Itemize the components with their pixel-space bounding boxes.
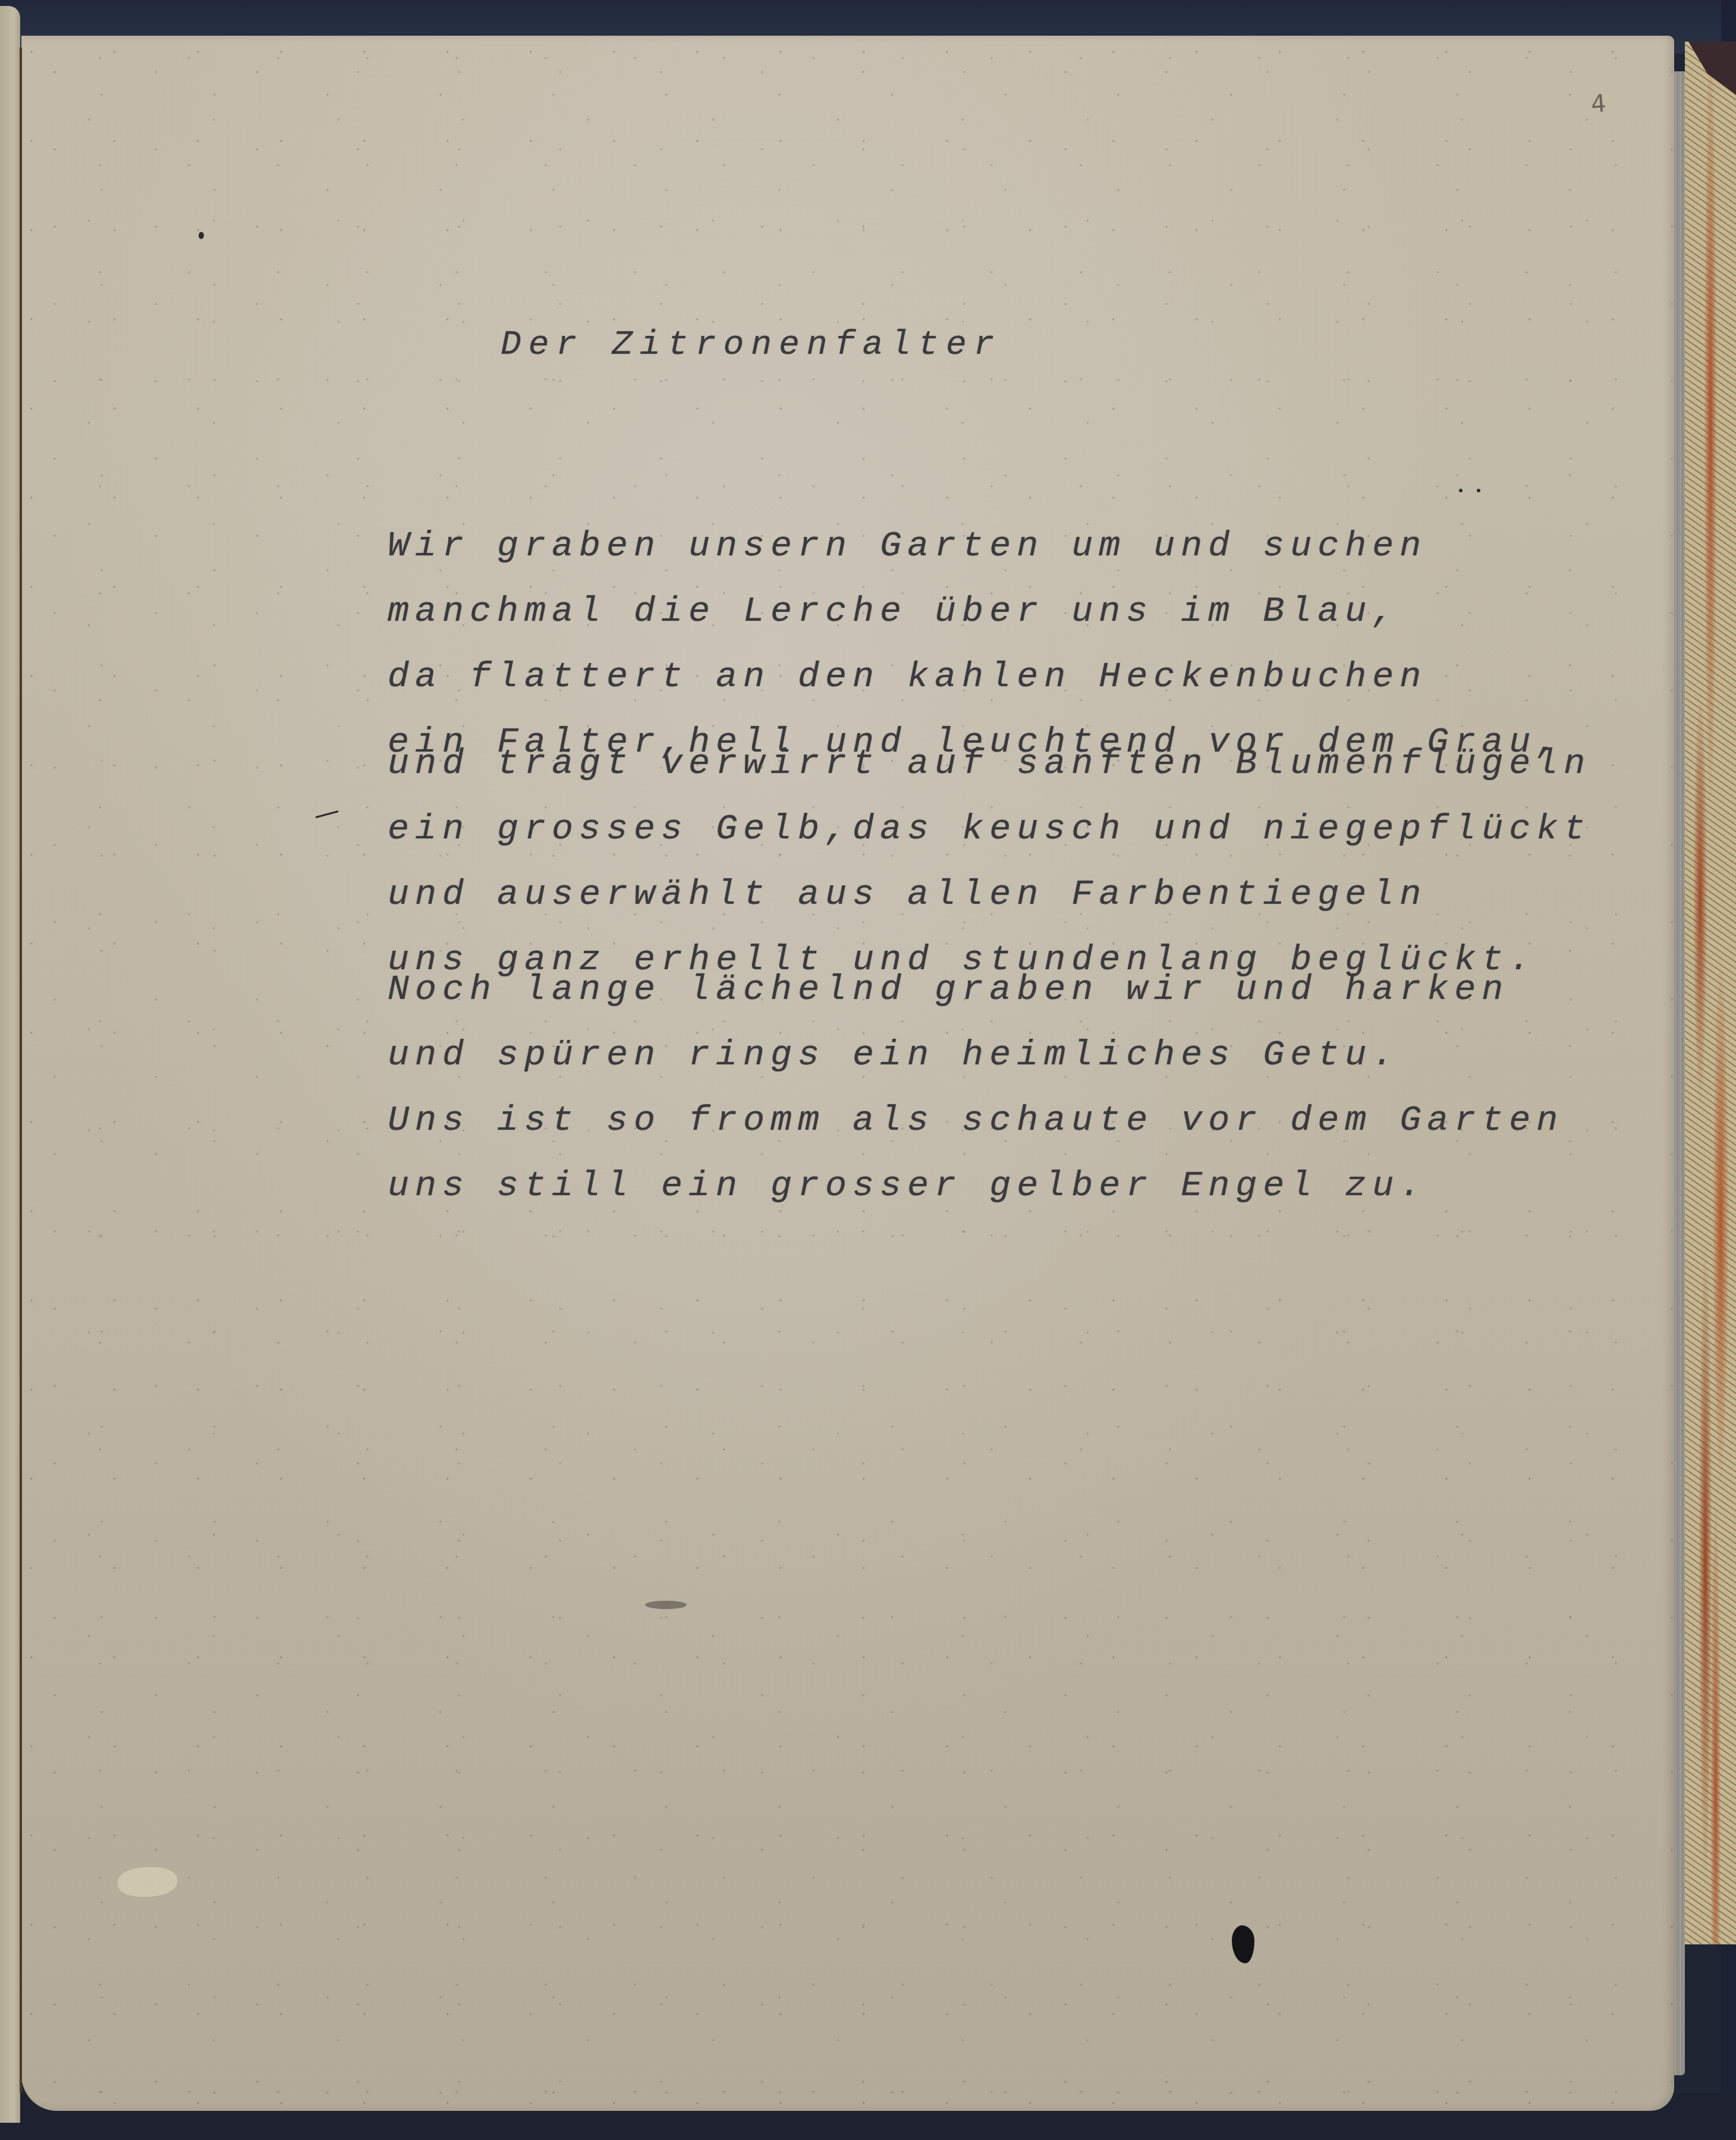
poem-line: und trägt verwirrt auf sanften Blumenflü…	[388, 742, 1591, 786]
gutter-line	[20, 48, 22, 2093]
book-photo: 4 Der Zitronenfalter Wir graben unsern G…	[0, 0, 1736, 2140]
page-number: 4	[1590, 90, 1607, 118]
paper-speck	[199, 232, 204, 239]
poem-line: uns still ein grosser gelber Engel zu.	[388, 1164, 1564, 1208]
poem-line: und auserwählt aus allen Farbentiegeln	[388, 873, 1591, 917]
poem-line: ein grosses Gelb,das keusch und niegepfl…	[388, 807, 1591, 851]
poem-line: Uns ist so fromm als schaute vor dem Gar…	[388, 1099, 1564, 1143]
marbled-endpaper	[1685, 42, 1736, 1944]
poem-line: manchmal die Lerche über uns im Blau,	[388, 590, 1564, 634]
paper-tear	[118, 1867, 177, 1897]
poem-line: da flattert an den kahlen Heckenbuchen	[388, 655, 1564, 699]
poem-line: Noch lange lächelnd graben wir und harke…	[388, 968, 1564, 1012]
poem-title: Der Zitronenfalter	[501, 326, 1002, 364]
left-facing-page	[0, 6, 20, 2123]
paper-speck	[1477, 489, 1480, 492]
paper-speck	[1459, 489, 1463, 492]
stanza-3: Noch lange lächelnd graben wir und harke…	[388, 947, 1564, 1230]
poem-line: und spüren rings ein heimliches Getu.	[388, 1033, 1564, 1077]
poem-line: Wir graben unsern Garten um und suchen	[388, 524, 1564, 568]
smudge-mark	[645, 1601, 687, 1609]
